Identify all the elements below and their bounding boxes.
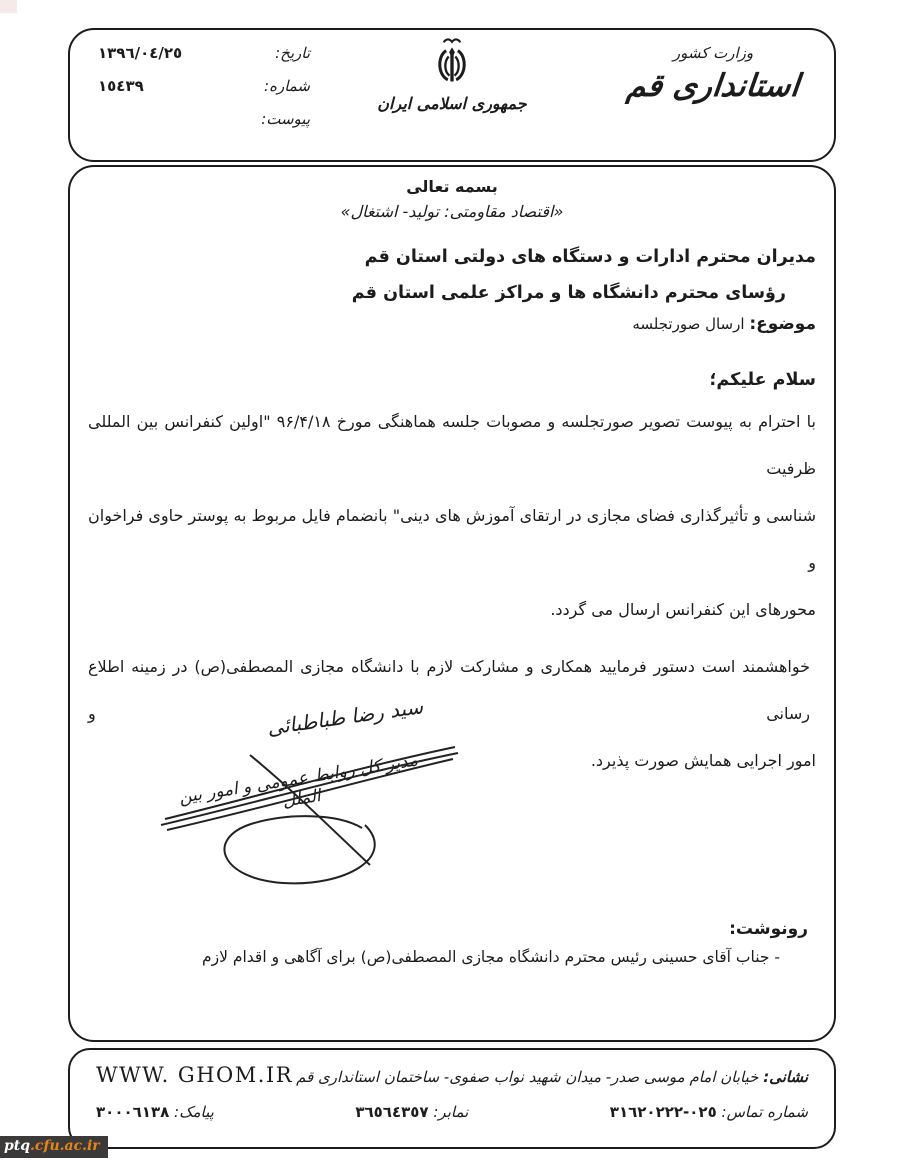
- paragraph-line: شناسی و تأثیرگذاری فضای مجازی در ارتقای …: [88, 492, 816, 586]
- address-line: نشانی: خیابان امام موسی صدر- میدان شهید …: [296, 1068, 808, 1086]
- phone-label: شماره تماس:: [722, 1103, 808, 1121]
- footer-box: نشانی: خیابان امام موسی صدر- میدان شهید …: [68, 1048, 836, 1149]
- date-label: تاریخ:: [275, 44, 310, 62]
- phone-item: شماره تماس: ٠٢٥-٣١٦٢٠٢٢٢: [610, 1103, 808, 1121]
- cc-section: رونوشت: - جناب آقای حسینی رئیس محترم دان…: [108, 919, 808, 966]
- subject-label: موضوع:: [749, 314, 816, 334]
- signature-block: سید رضا طباطبائی مدیر کل روابط عمومی و ا…: [155, 697, 470, 887]
- letterhead-box: تاریخ: ١٣٩٦/٠٤/٢٥ شماره: ١٥٤٣٩ پیوست: جم…: [68, 28, 836, 162]
- fax-label: نمابر:: [433, 1103, 468, 1121]
- address-label: نشانی:: [763, 1068, 808, 1086]
- watermark-prefix: ptq: [4, 1138, 30, 1154]
- country-name: جمهوری اسلامی ایران: [342, 94, 562, 113]
- scan-corner-mark: [0, 0, 17, 13]
- governorate-name: استانداری قم: [616, 68, 810, 104]
- footer-row-2: شماره تماس: ٠٢٥-٣١٦٢٠٢٢٢ نمابر: ٣٦٥٦٤٣٥٧…: [70, 1103, 834, 1121]
- footer-row-1: نشانی: خیابان امام موسی صدر- میدان شهید …: [70, 1063, 834, 1087]
- letter-content: بسمه تعالی «اقتصاد مقاومتی: تولید- اشتغا…: [70, 167, 834, 1040]
- phone-value: ٠٢٥-٣١٦٢٠٢٢٢: [610, 1103, 717, 1121]
- paragraph-line: با احترام به پیوست تصویر صورتجلسه و مصوب…: [88, 398, 816, 492]
- subject-value: ارسال صورتجلسه: [632, 315, 744, 333]
- slogan: «اقتصاد مقاومتی: تولید- اشتغال»: [88, 202, 816, 221]
- sms-item: پیامک: ٣٠٠٠٦١٣٨: [96, 1103, 214, 1121]
- letter-meta: تاریخ: ١٣٩٦/٠٤/٢٥ شماره: ١٥٤٣٩ پیوست:: [98, 44, 310, 134]
- site-watermark: ptq.cfu.ac.ir: [0, 1136, 108, 1158]
- date-value: ١٣٩٦/٠٤/٢٥: [98, 44, 182, 62]
- letter-body-box: بسمه تعالی «اقتصاد مقاومتی: تولید- اشتغا…: [68, 165, 836, 1042]
- date-row: تاریخ: ١٣٩٦/٠٤/٢٥: [98, 44, 310, 68]
- paragraph-1: با احترام به پیوست تصویر صورتجلسه و مصوب…: [88, 398, 816, 633]
- fax-value: ٣٦٥٦٤٣٥٧: [355, 1103, 428, 1121]
- attachment-label: پیوست:: [261, 110, 310, 128]
- website-text: WWW. GHOM.IR: [96, 1063, 293, 1087]
- attachment-row: پیوست:: [98, 110, 310, 134]
- ministry-name: وزارت کشور: [618, 44, 808, 62]
- handwritten-signature-icon: [155, 697, 470, 891]
- address-text: خیابان امام موسی صدر- میدان شهید نواب صف…: [296, 1068, 758, 1086]
- recipient-line: رؤسای محترم دانشگاه ها و مراکز علمی استا…: [88, 275, 816, 311]
- paragraph-line: محورهای این کنفرانس ارسال می گردد.: [88, 586, 816, 633]
- number-row: شماره: ١٥٤٣٩: [98, 77, 310, 101]
- cc-item: - جناب آقای حسینی رئیس محترم دانشگاه مجا…: [108, 948, 808, 966]
- recipients: مدیران محترم ادارات و دستگاه های دولتی ا…: [88, 239, 816, 311]
- cc-label: رونوشت:: [108, 919, 808, 939]
- fax-item: نمابر: ٣٦٥٦٤٣٥٧: [355, 1103, 468, 1121]
- emblem-block: جمهوری اسلامی ایران: [342, 36, 562, 113]
- subject-line: موضوع: ارسال صورتجلسه: [88, 314, 816, 334]
- number-label: شماره:: [264, 77, 310, 95]
- sms-label: پیامک:: [174, 1103, 214, 1121]
- sms-value: ٣٠٠٠٦١٣٨: [96, 1103, 169, 1121]
- besmele: بسمه تعالی: [88, 177, 816, 196]
- greeting: سلام علیکم؛: [88, 370, 816, 390]
- org-block: وزارت کشور استانداری قم: [618, 44, 808, 104]
- number-value: ١٥٤٣٩: [98, 77, 144, 95]
- watermark-domain: .cfu.ac.ir: [30, 1138, 100, 1154]
- iran-coat-of-arms-icon: [342, 36, 562, 92]
- recipient-line: مدیران محترم ادارات و دستگاه های دولتی ا…: [88, 239, 816, 275]
